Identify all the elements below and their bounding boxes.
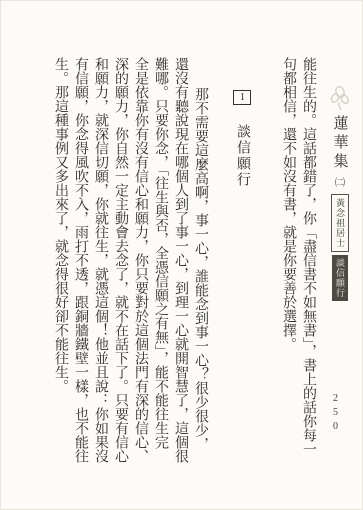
text-column: 全是依靠你有沒有信心和願力，你只要對於這個法門有深的信心、 bbox=[130, 57, 150, 465]
flower-stamp-icon bbox=[329, 85, 351, 111]
text-column: 還沒有聽說現在哪個人到了事一心，到理一心就開智慧了，這個很 bbox=[170, 57, 190, 465]
page-number: 250 bbox=[330, 393, 341, 435]
author-label: 黃念祖居士 bbox=[331, 194, 349, 252]
text-column: 和願力，就深信切願，你就往生，就憑這個！他並且說：你如果沒 bbox=[90, 57, 110, 465]
text-column: 有信願，你念得風吹不入，雨打不透，跟銅牆鐵壁一樣，也不能往 bbox=[70, 57, 90, 465]
text-column: 能往生的。這話都錯了，你「盡信書不如無書」，書上的話你每一 bbox=[298, 57, 318, 465]
volume-mark: ㈡ bbox=[335, 174, 345, 189]
section-label: 談信願行 bbox=[332, 255, 348, 301]
section-number-box: 1 bbox=[233, 90, 251, 105]
text-column: 難哪。只要你念，「往生與否，全憑信願之有無」，能不能往生完 bbox=[150, 57, 170, 465]
book-title: 蓮華集 bbox=[330, 115, 351, 172]
margin-header: 蓮華集 ㈡ 黃念祖居士 談信願行 bbox=[327, 85, 353, 301]
section-heading-title: 談信願行 bbox=[235, 124, 250, 188]
section-heading: 1 談信願行 bbox=[232, 57, 252, 465]
book-page: 蓮華集 ㈡ 黃念祖居士 談信願行 250 能往生的。這話都錯了，你「盡信書不如無… bbox=[0, 0, 363, 510]
text-column: 深的願力，你自然一定主動會去念了，就不在話下了。只要有信心 bbox=[110, 57, 130, 465]
text-column: 那不需要這麼高啊，事一心，誰能念到事一心？很少很少， bbox=[190, 57, 210, 465]
text-column: 生。那這種事例又多出來了，就念得很好卻不能往生。 bbox=[50, 57, 70, 465]
text-column: 句都相信，還不如沒有書，就是你要善於選擇。 bbox=[278, 57, 298, 465]
body-text: 能往生的。這話都錯了，你「盡信書不如無書」，書上的話你每一 句都相信，還不如沒有… bbox=[48, 57, 318, 465]
